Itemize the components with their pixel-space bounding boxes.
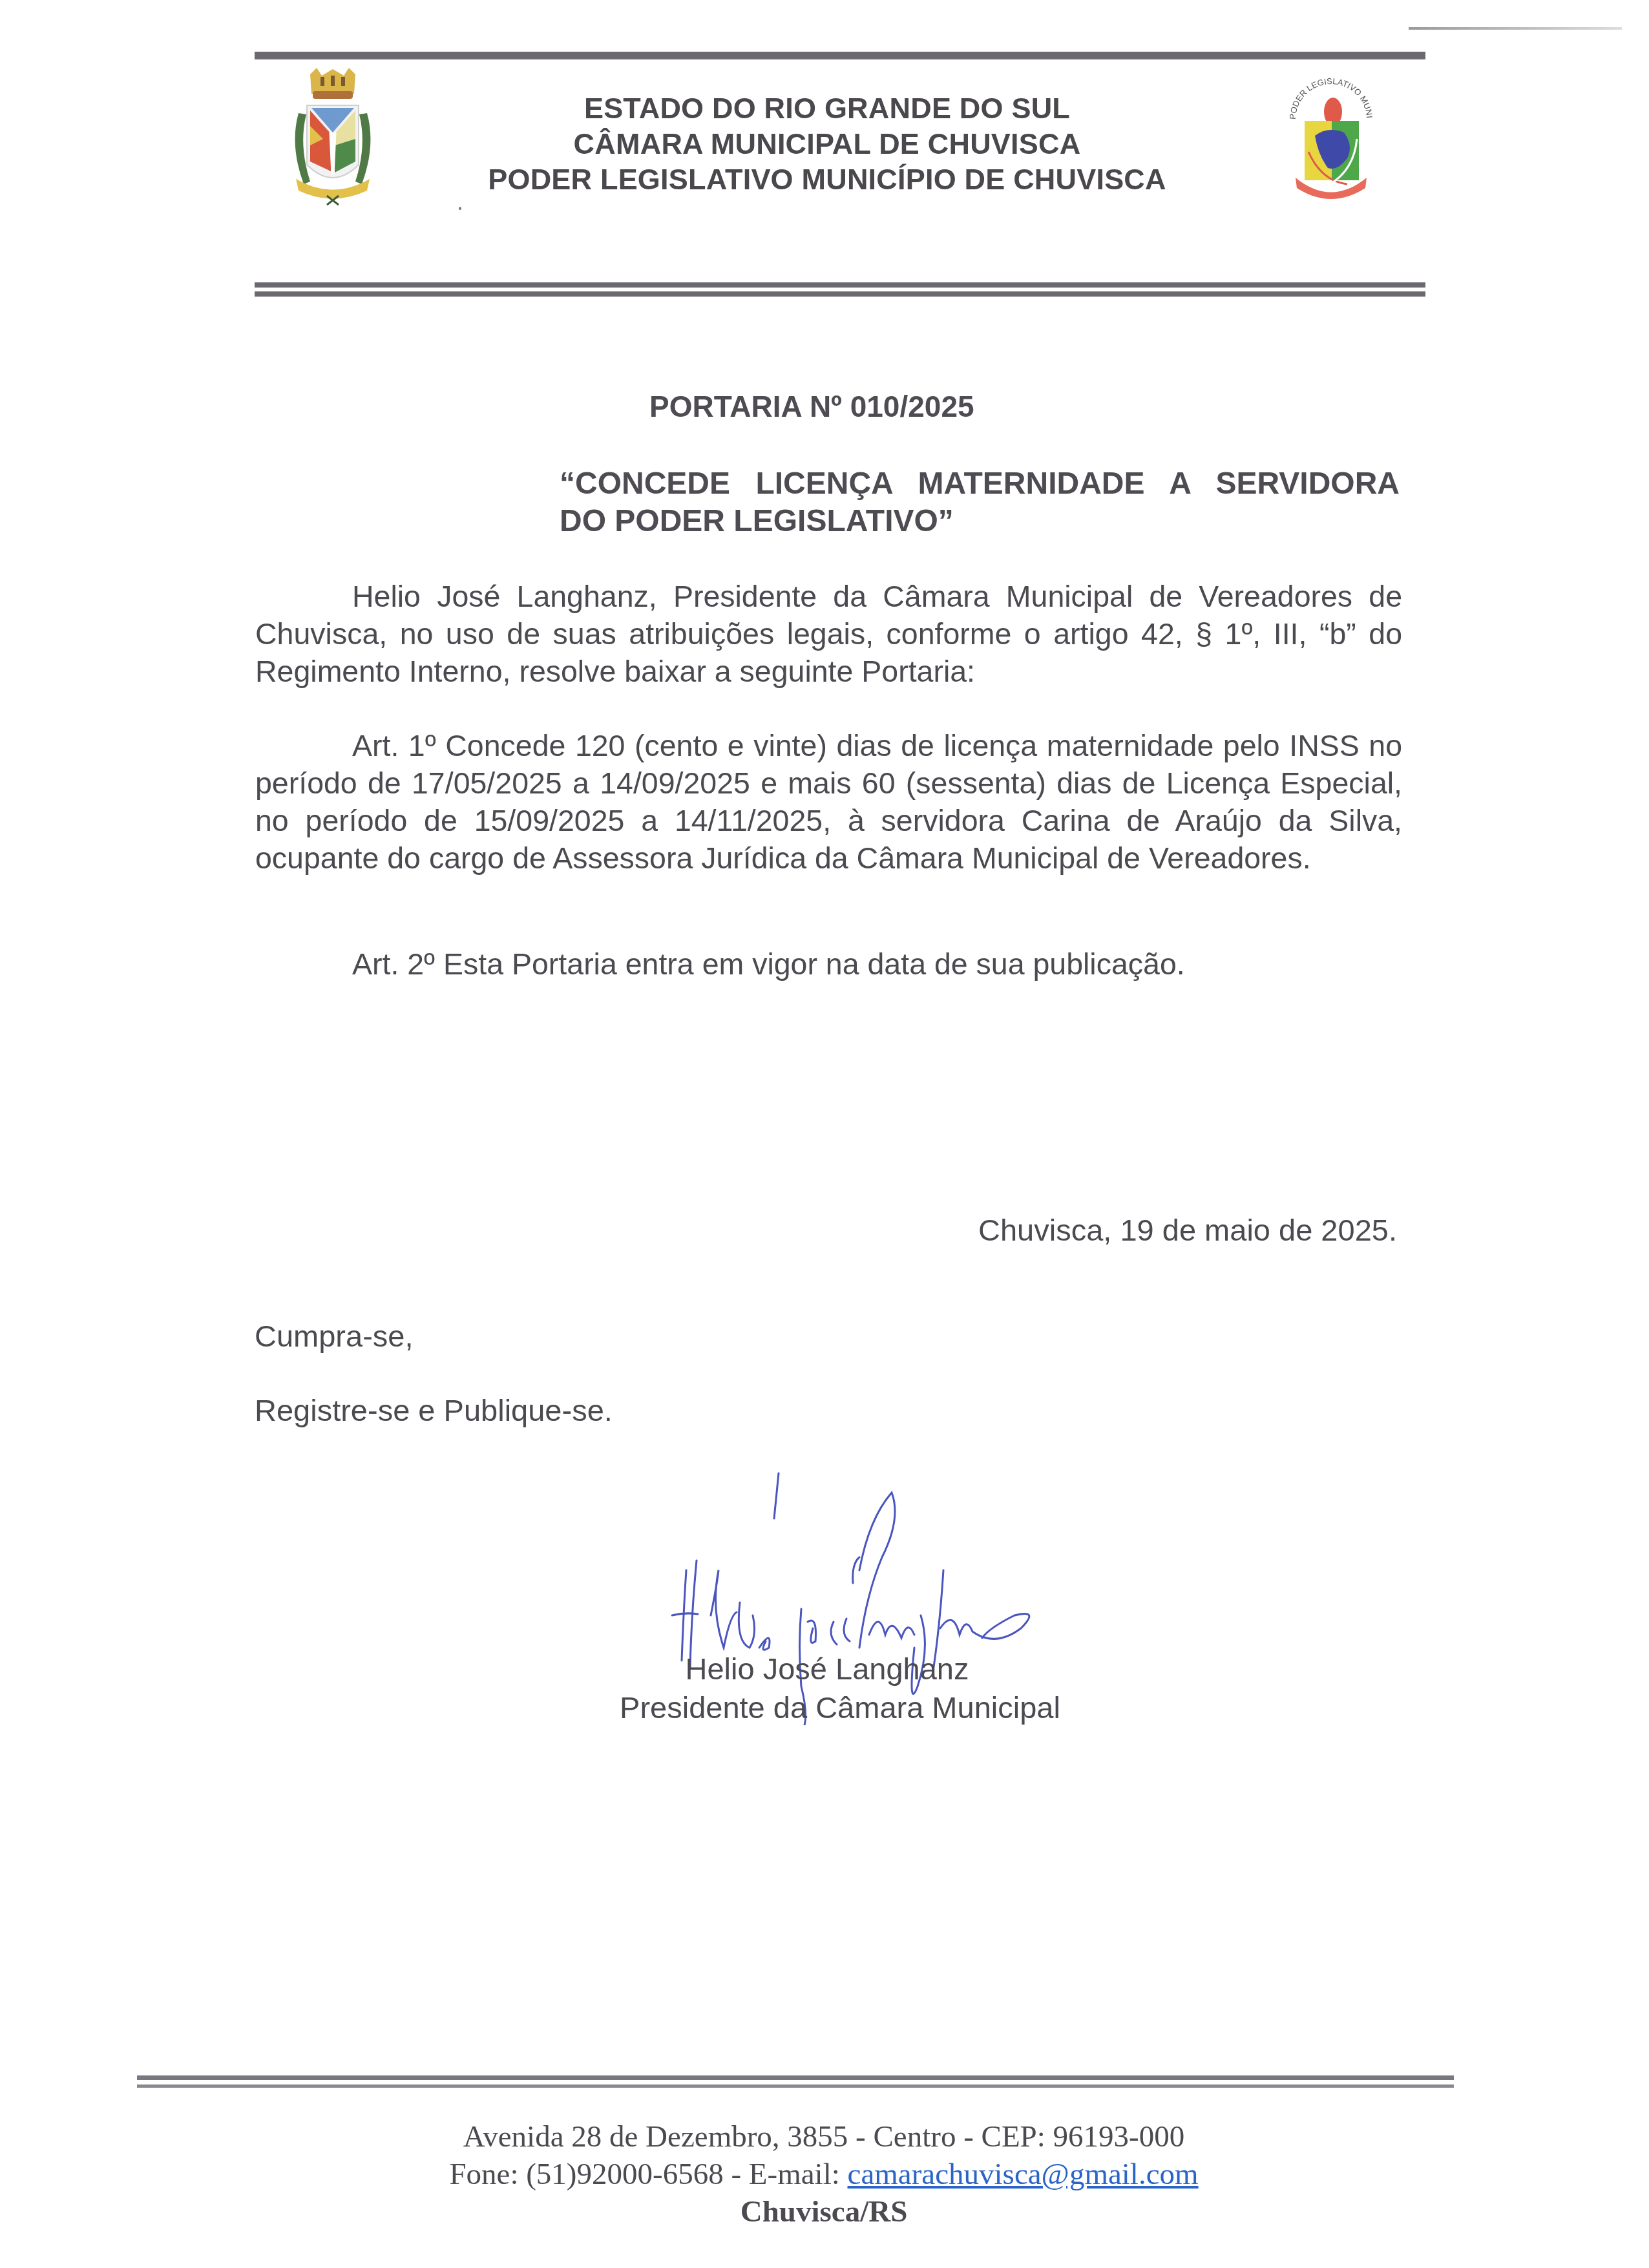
footer-address: Avenida 28 de Dezembro, 3855 - Centro - …	[291, 2118, 1357, 2156]
subject-line-2: DO PODER LEGISLATIVO”	[560, 504, 954, 538]
header-bottom-rule-1	[255, 282, 1425, 288]
document-date: Chuvisca, 19 de maio de 2025.	[978, 1212, 1397, 1248]
municipal-coat-of-arms-icon	[284, 68, 381, 207]
footer-rule-2	[137, 2084, 1454, 2088]
footer-phone: Fone: (51)92000-6568 - E-mail:	[449, 2158, 847, 2191]
signer-name: Helio José Langhanz	[582, 1651, 1073, 1686]
footer-city: Chuvisca/RS	[291, 2193, 1357, 2231]
intro-paragraph: Helio José Langhanz, Presidente da Câmar…	[255, 578, 1402, 690]
footer-rule-1	[137, 2075, 1454, 2080]
article-1: Art. 1º Concede 120 (cento e vinte) dias…	[255, 727, 1402, 877]
signer-role: Presidente da Câmara Municipal	[569, 1690, 1111, 1725]
footer-phone-email: Fone: (51)92000-6568 - E-mail: camarachu…	[291, 2156, 1357, 2193]
footer-contact: Avenida 28 de Dezembro, 3855 - Centro - …	[291, 2118, 1357, 2231]
document-title: PORTARIA Nº 010/2025	[649, 389, 974, 424]
scan-speck	[459, 207, 461, 210]
scan-edge-line	[1409, 27, 1622, 30]
closing-comply: Cumpra-se,	[255, 1318, 414, 1354]
letterhead-state: ESTADO DO RIO GRANDE DO SUL	[401, 90, 1254, 126]
header-bottom-rule-2	[255, 291, 1425, 297]
header-top-rule	[255, 52, 1425, 59]
document-subject: “CONCEDE LICENÇA MATERNIDADE A SERVIDORA…	[560, 465, 1400, 540]
subject-line-1: “CONCEDE LICENÇA MATERNIDADE A SERVIDORA	[560, 465, 1400, 503]
legislative-power-seal-icon: PODER LEGISLATIVO MUNICIPAL	[1283, 74, 1380, 204]
letterhead-chamber: CÂMARA MUNICIPAL DE CHUVISCA	[401, 126, 1254, 162]
letterhead-legislative-power: PODER LEGISLATIVO MUNICÍPIO DE CHUVISCA	[401, 162, 1254, 197]
closing-register-publish: Registre-se e Publique-se.	[255, 1392, 613, 1428]
intro-text: Helio José Langhanz, Presidente da Câmar…	[255, 580, 1402, 688]
article-1-text: Art. 1º Concede 120 (cento e vinte) dias…	[255, 729, 1402, 875]
article-2: Art. 2º Esta Portaria entra em vigor na …	[255, 945, 1402, 983]
article-2-text: Art. 2º Esta Portaria entra em vigor na …	[352, 947, 1185, 981]
letterhead: ESTADO DO RIO GRANDE DO SUL CÂMARA MUNIC…	[401, 90, 1254, 197]
footer-email-link[interactable]: camarachuvisca@gmail.com	[848, 2158, 1199, 2191]
